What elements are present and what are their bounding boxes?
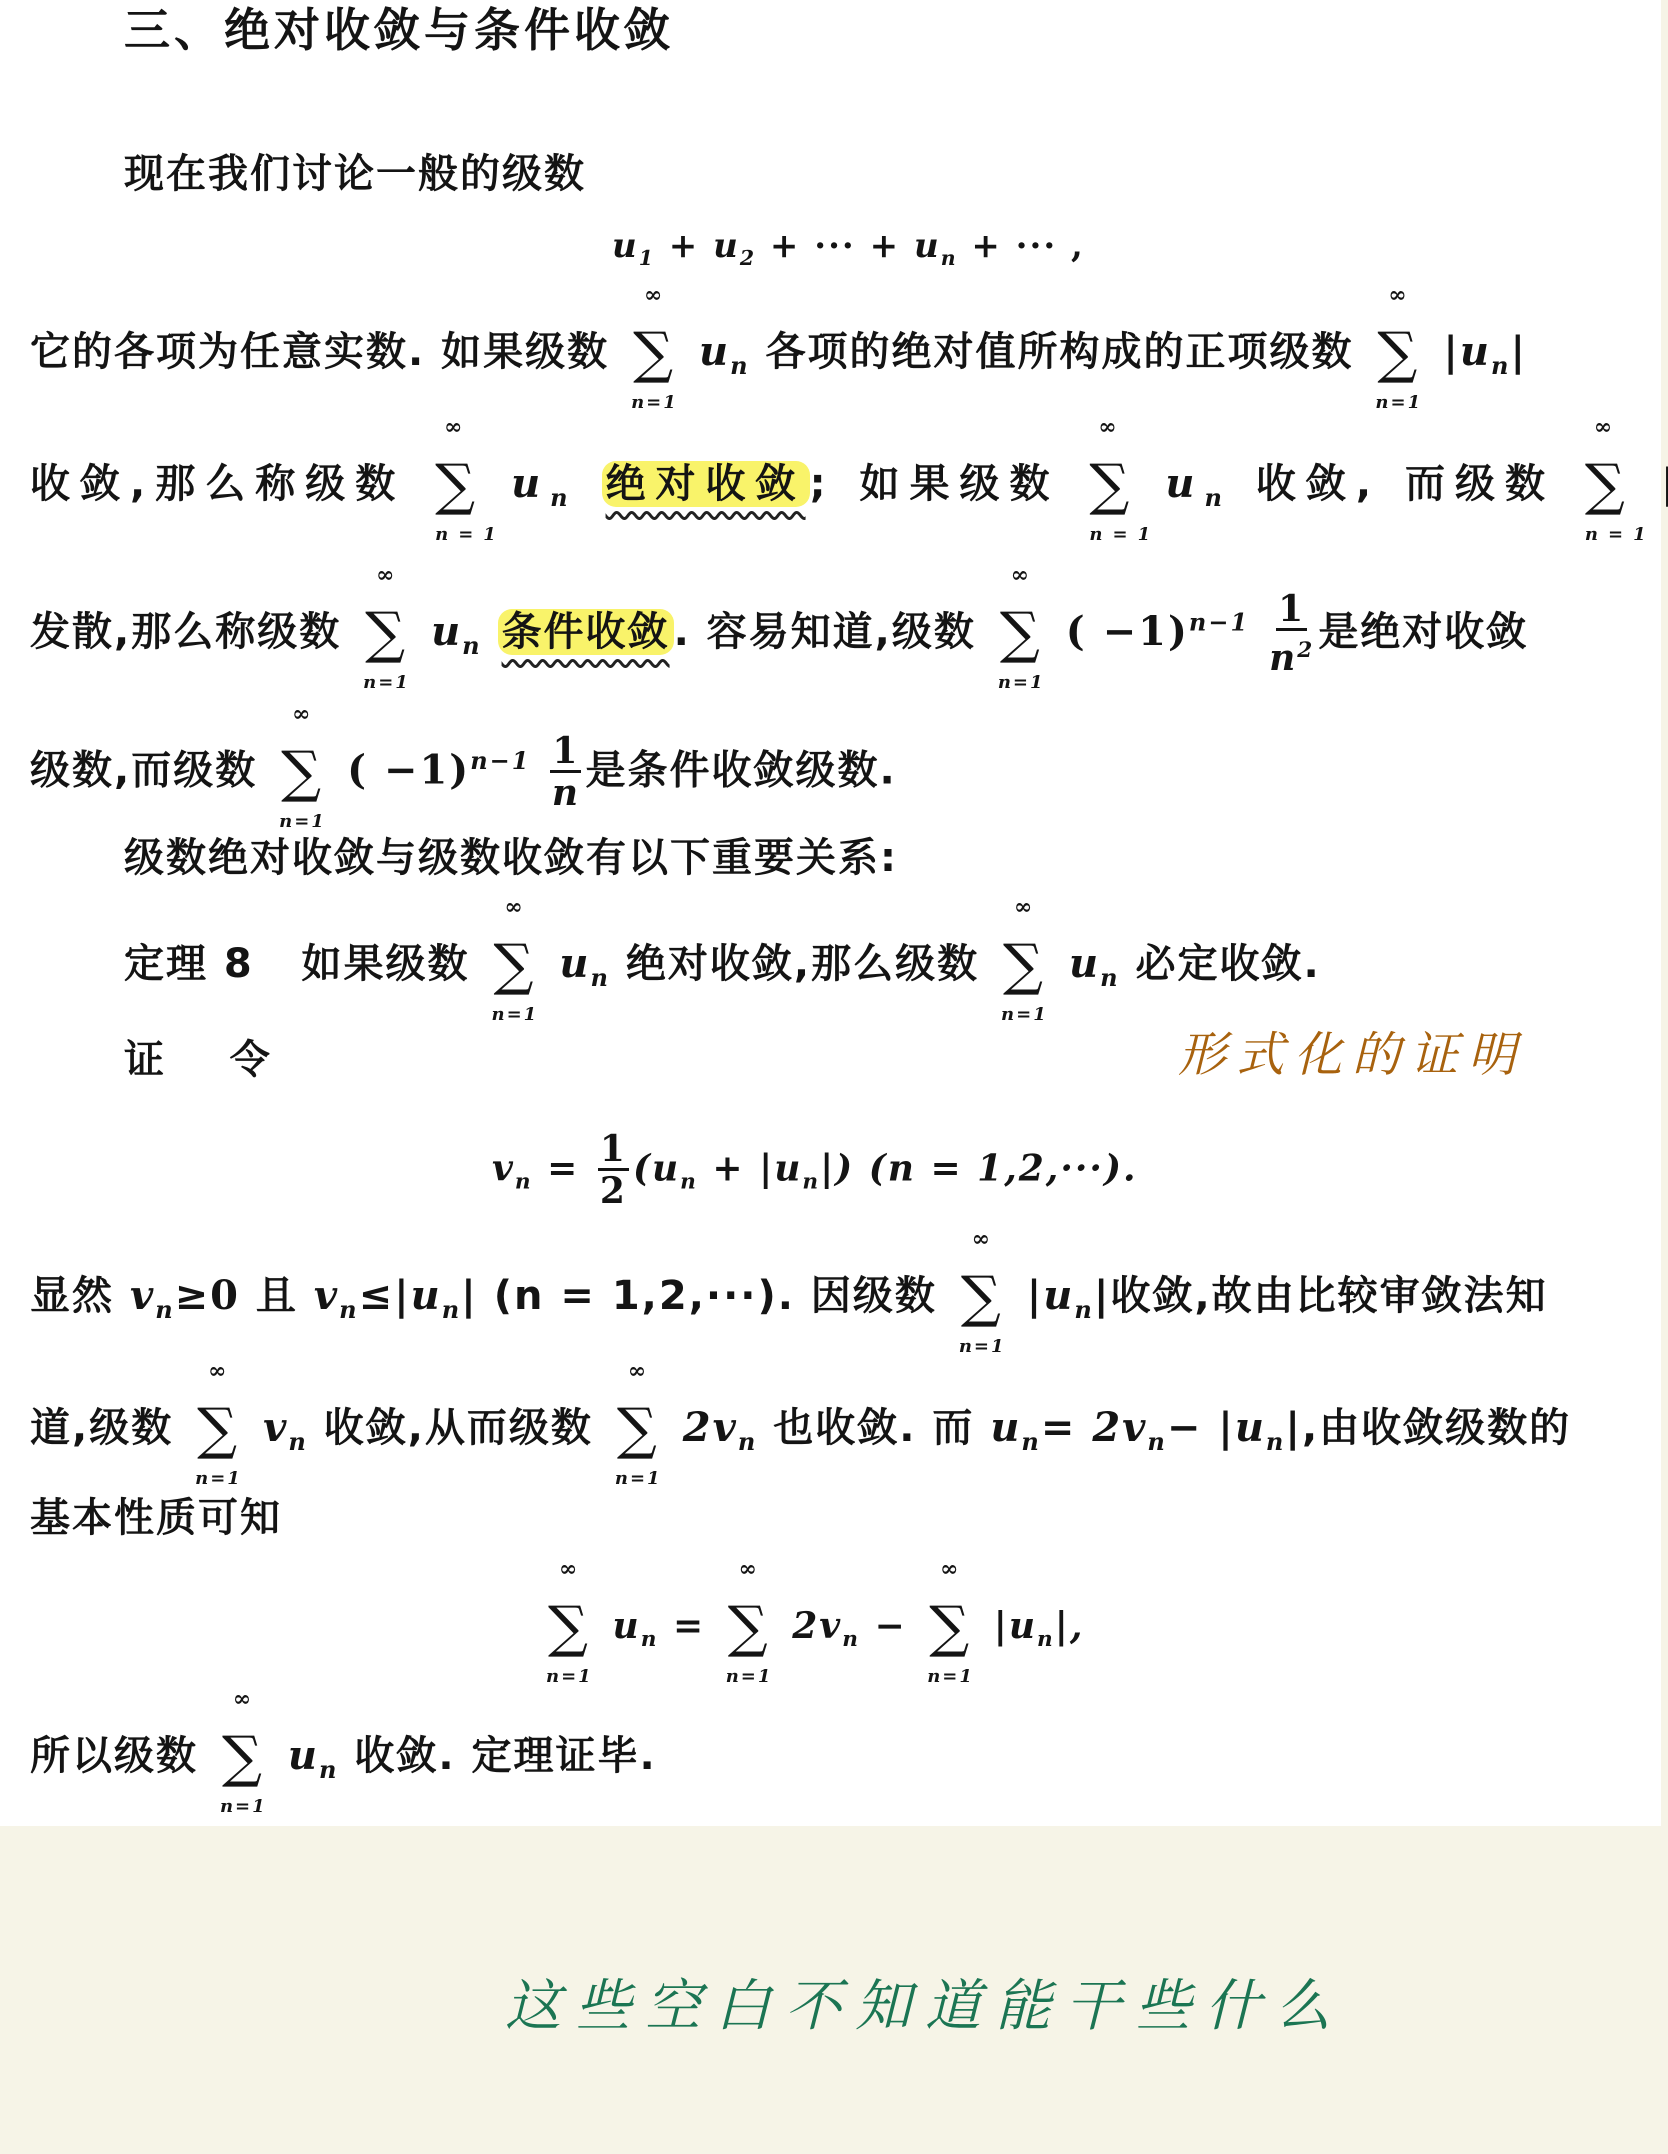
- highlight-absolute-convergence: 绝对收敛: [602, 461, 810, 507]
- handwritten-note-formal-proof: 形式化的证明: [1178, 1016, 1526, 1085]
- para-line-4: 级数,而级数 ∞∑n=1 ( −1)n−1 1n是条件收敛级数.: [30, 732, 897, 813]
- textbook-page: 三、绝对收敛与条件收敛 现在我们讨论一般的级数 u1 + u2 + ··· + …: [0, 0, 1661, 1826]
- proof-line-3: 基本性质可知: [30, 1494, 282, 1542]
- sum-symbol: ∞∑n=1: [615, 1402, 661, 1458]
- handwritten-note-blank-space: 这些空白不知道能干些什么: [505, 1962, 1345, 2042]
- highlight-conditional-convergence: 条件收敛: [498, 609, 674, 655]
- sum-symbol: ∞∑n=1: [220, 1730, 266, 1786]
- proof-conclusion: 所以级数 ∞∑n=1 un 收敛. 定理证毕.: [30, 1730, 657, 1794]
- para-line-3: 发散,那么称级数 ∞∑n=1 un 条件收敛. 容易知道,级数 ∞∑n=1 ( …: [30, 590, 1528, 678]
- series-formula: u1 + u2 + ··· + un + ··· ,: [612, 222, 1085, 282]
- theorem-label: 定理 8: [124, 941, 254, 987]
- sum-symbol: ∞∑n=1: [631, 326, 677, 382]
- fraction-half: 12: [598, 1130, 629, 1211]
- section-title: 三、绝对收敛与条件收敛: [124, 6, 674, 54]
- sum-symbol: ∞∑n=1: [491, 938, 537, 994]
- sum-symbol: ∞∑n=1: [1089, 458, 1135, 514]
- sum-symbol: ∞∑n=1: [998, 606, 1044, 662]
- sum-symbol: ∞∑n=1: [279, 745, 325, 801]
- sum-symbol: ∞∑n=1: [363, 606, 409, 662]
- sum-symbol: ∞∑n=1: [927, 1600, 973, 1656]
- proof-line-1: 显然 vn≥0 且 vn≤|un| (n = 1,2,···). 因级数 ∞∑n…: [30, 1270, 1548, 1334]
- sum-symbol: ∞∑n=1: [726, 1600, 772, 1656]
- proof-start: 证 令: [124, 1036, 272, 1084]
- proof-line-2: 道,级数 ∞∑n=1 vn 收敛,从而级数 ∞∑n=1 2vn 也收敛. 而 u…: [30, 1402, 1571, 1466]
- sum-symbol: ∞∑n=1: [1585, 458, 1631, 514]
- relation-text: 级数绝对收敛与级数收敛有以下重要关系:: [124, 834, 898, 882]
- fraction: 1n2: [1269, 590, 1314, 678]
- sum-symbol: ∞∑n=1: [1375, 326, 1421, 382]
- sum-identity: ∞∑n=1 un = ∞∑n=1 2vn − ∞∑n=1 |un|,: [540, 1600, 1084, 1664]
- theorem-8: 定理 8 如果级数 ∞∑n=1 un 绝对收敛,那么级数 ∞∑n=1 un 必定…: [124, 938, 1321, 1002]
- intro-text: 现在我们讨论一般的级数: [124, 150, 586, 198]
- sum-symbol: ∞∑n=1: [195, 1402, 241, 1458]
- sum-symbol: ∞∑n=1: [959, 1270, 1005, 1326]
- para-line-2: 收敛,那么称级数 ∞∑n=1 un 绝对收敛; 如果级数 ∞∑n=1 un 收敛…: [30, 458, 1668, 522]
- sum-symbol: ∞∑n=1: [435, 458, 481, 514]
- vn-definition: vn = 12(un + |un|) (n = 1,2,···).: [492, 1130, 1138, 1211]
- sum-symbol: ∞∑n=1: [546, 1600, 592, 1656]
- para-line-1: 它的各项为任意实数. 如果级数 ∞∑n=1 un 各项的绝对值所构成的正项级数 …: [30, 326, 1527, 390]
- fraction: 1n: [550, 732, 581, 813]
- sum-symbol: ∞∑n=1: [1001, 938, 1047, 994]
